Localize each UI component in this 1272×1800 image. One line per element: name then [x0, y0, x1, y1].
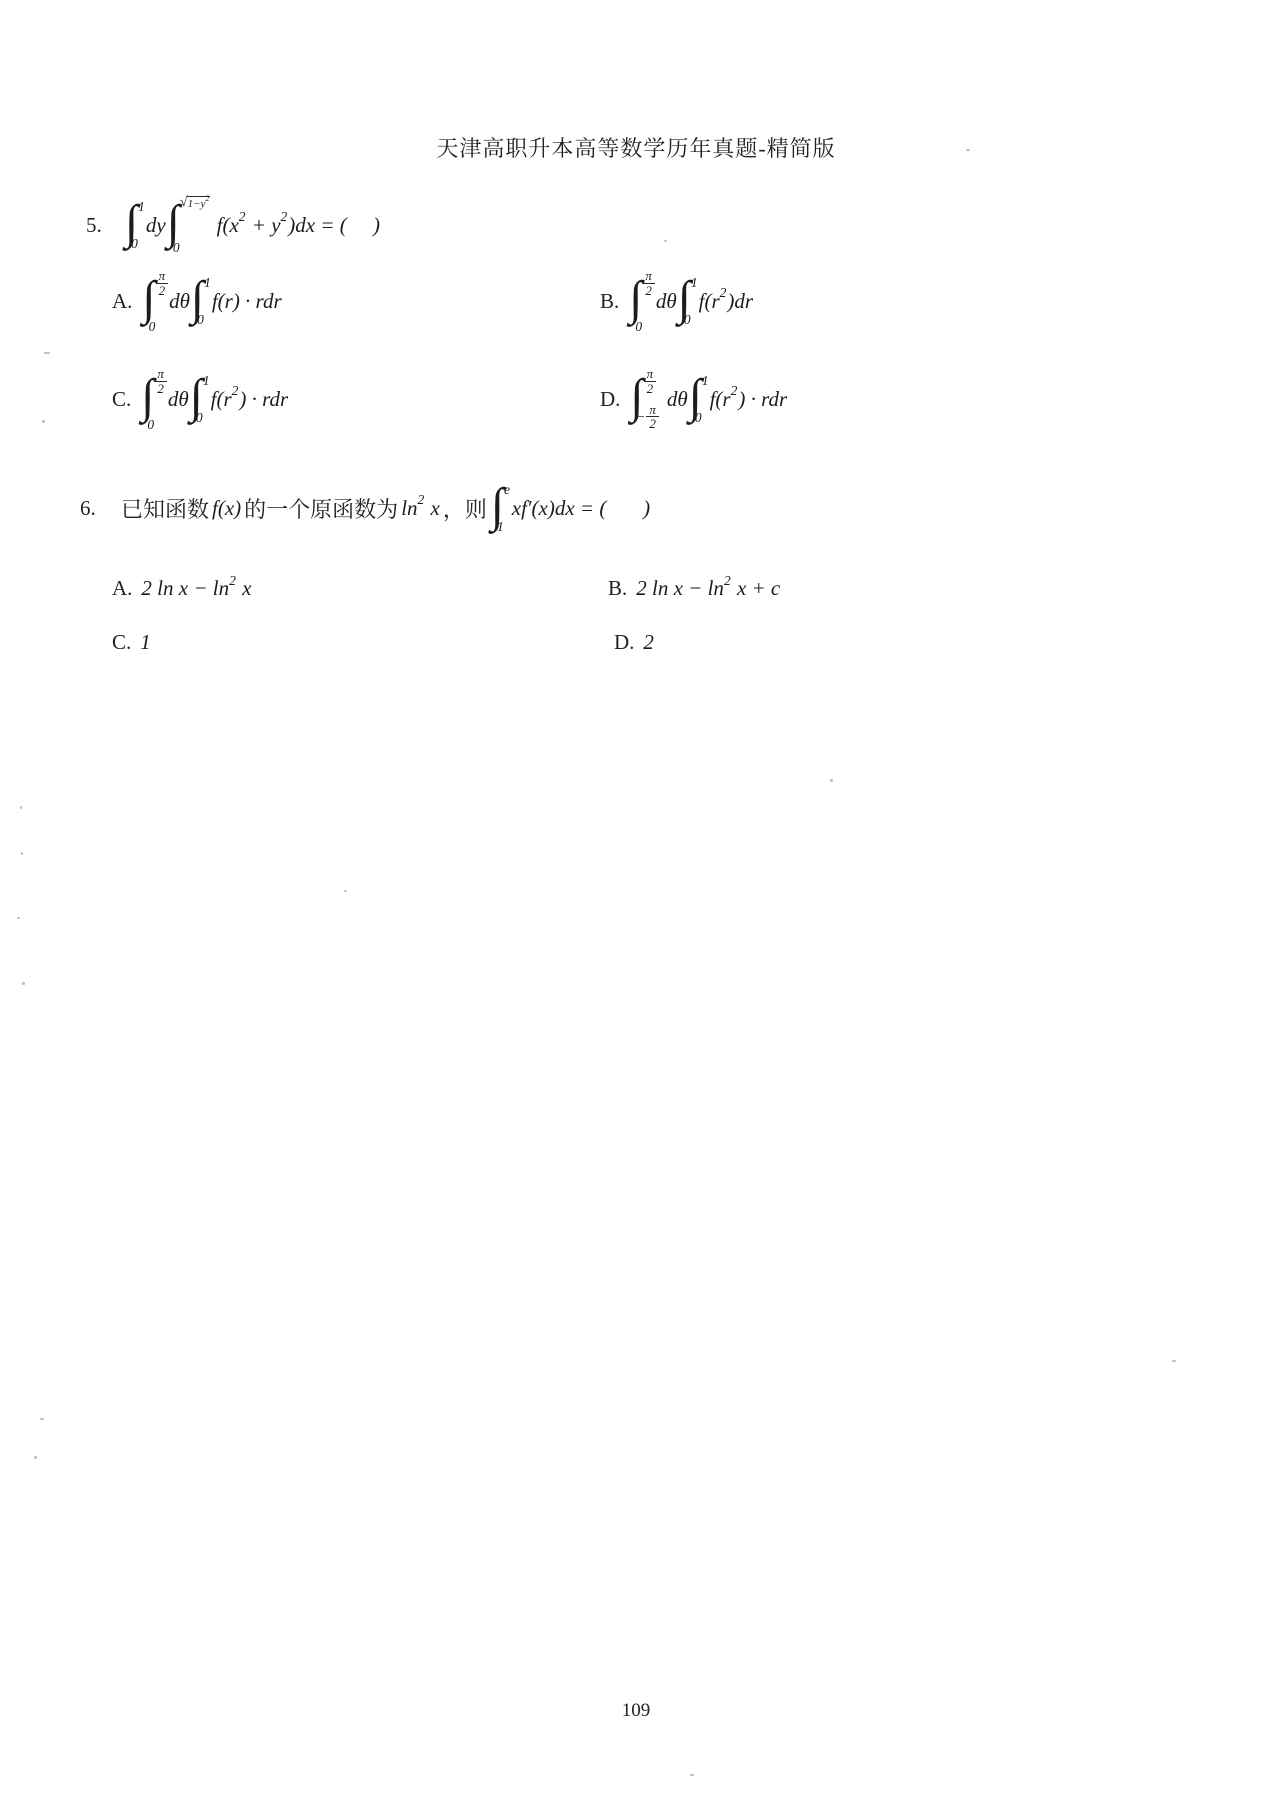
- page-header: 天津高职升本高等数学历年真题-精简版: [0, 132, 1272, 163]
- q6-option-b: B. 2 ln x − ln2 x + c: [608, 576, 780, 601]
- lower-limit: 0: [695, 411, 702, 425]
- integral: ∫ 1 0: [190, 373, 208, 425]
- sqrt-upper-limit: √1−y2: [180, 196, 211, 211]
- upper-limit: π2: [156, 269, 169, 297]
- integral: ∫ π2 0: [142, 268, 166, 334]
- math-token: dy: [146, 213, 166, 238]
- stem-text: 已知函数: [121, 493, 209, 524]
- math-token: ) · rdr: [239, 387, 288, 412]
- stem-text: 的一个原函数为: [244, 493, 398, 524]
- q5-option-d: D. ∫ π2 −π2 dθ ∫ 1 0 f(r2) · rdr: [600, 366, 787, 432]
- option-formula: 2: [643, 630, 655, 655]
- scan-artifact: [664, 240, 667, 242]
- math-token: ) · rdr: [738, 387, 787, 412]
- math-token: f(r) · rdr: [212, 289, 282, 314]
- integral: ∫ 1 0: [191, 275, 209, 327]
- math-token: 1: [140, 630, 151, 655]
- q6-option-d: D. 2: [614, 630, 655, 655]
- numerator: π: [157, 367, 164, 381]
- question-5-formula: ∫ 1 0 dy ∫ √1−y2 0 f(x2 + y2)dx = ( ): [124, 195, 380, 255]
- exponent: 2: [731, 383, 738, 399]
- exponent: 2: [281, 209, 288, 225]
- math-token: )dr: [727, 289, 753, 314]
- math-token: ln: [401, 496, 417, 521]
- integral: ∫ 1 0: [678, 275, 696, 327]
- scan-artifact: [21, 852, 23, 855]
- pi-over-2: π2: [642, 269, 655, 297]
- upper-limit: 1: [702, 374, 709, 388]
- lower-limit: 0: [635, 320, 648, 334]
- math-token: 1−y: [188, 197, 206, 211]
- scan-artifact: [344, 890, 347, 892]
- pi-over-2: π2: [154, 367, 167, 395]
- exponent: 2: [205, 194, 209, 208]
- math-token: f(x): [212, 496, 241, 521]
- option-label: B.: [600, 289, 619, 314]
- integral: ∫ 1 0: [125, 199, 143, 251]
- option-label: A.: [112, 576, 132, 601]
- math-token: 2 ln x − ln: [141, 576, 229, 601]
- math-token: dθ: [667, 387, 688, 412]
- option-formula: 2 ln x − ln2 x: [141, 576, 251, 601]
- denominator: 2: [156, 283, 169, 298]
- question-6-number: 6.: [80, 496, 118, 521]
- radicand: 1−y2: [187, 196, 211, 211]
- q5-option-a: A. ∫ π2 0 dθ ∫ 1 0 f(r) · rdr: [112, 268, 283, 334]
- math-token: xf′(x)dx = ( ): [512, 496, 650, 521]
- option-formula: ∫ π2 0 dθ ∫ 1 0 f(r2) · rdr: [140, 366, 288, 432]
- option-label: C.: [112, 387, 131, 412]
- minus-sign: −: [637, 410, 646, 423]
- scan-artifact: [966, 149, 970, 151]
- math-token: )dx = ( ): [288, 213, 380, 238]
- lower-limit: 0: [196, 411, 203, 425]
- q5-option-c: C. ∫ π2 0 dθ ∫ 1 0 f(r2) · rdr: [112, 366, 288, 432]
- exponent: 2: [239, 209, 246, 225]
- upper-limit: π2: [642, 269, 655, 297]
- integral-sign-icon: ∫: [629, 276, 642, 322]
- scan-artifact: [34, 1456, 37, 1459]
- denominator: 2: [646, 416, 659, 431]
- stem-text: ，则: [443, 493, 487, 524]
- scan-artifact: [42, 420, 45, 423]
- question-5-number: 5.: [86, 213, 124, 238]
- exponent: 2: [720, 285, 727, 301]
- question-6-formula: ∫ e 1 xf′(x)dx = ( ): [490, 482, 650, 534]
- upper-limit: 1: [204, 276, 211, 290]
- lower-limit: 0: [197, 313, 204, 327]
- integral-limits: π2 −π2: [642, 366, 664, 432]
- integral: ∫ π2 −π2: [630, 366, 663, 432]
- option-formula: ∫ π2 0 dθ ∫ 1 0 f(r2)dr: [628, 268, 753, 334]
- denominator: 2: [154, 381, 167, 396]
- math-token: x + c: [732, 576, 781, 601]
- scan-artifact: [44, 352, 50, 354]
- integral: ∫ π2 0: [629, 268, 653, 334]
- option-formula: ∫ π2 −π2 dθ ∫ 1 0 f(r2) · rdr: [629, 366, 787, 432]
- scan-artifact: [830, 779, 833, 782]
- exponent: 2: [418, 492, 425, 508]
- numerator: π: [159, 269, 166, 283]
- scan-artifact: [17, 917, 20, 919]
- lower-limit: 0: [147, 418, 160, 432]
- lower-limit: 0: [131, 237, 138, 251]
- numerator: π: [645, 269, 652, 283]
- q5-option-b: B. ∫ π2 0 dθ ∫ 1 0 f(r2)dr: [600, 268, 753, 334]
- math-token: f(r: [699, 289, 720, 314]
- lower-limit: 0: [173, 241, 204, 255]
- option-formula: 2 ln x − ln2 x + c: [636, 576, 780, 601]
- scan-artifact: [690, 1774, 694, 1776]
- option-label: B.: [608, 576, 627, 601]
- integral: ∫ π2 0: [141, 366, 165, 432]
- pi-over-2: π2: [156, 269, 169, 297]
- numerator: π: [647, 367, 654, 381]
- option-label: C.: [112, 630, 131, 655]
- integral: ∫ √1−y2 0: [167, 195, 209, 255]
- scan-artifact: [20, 806, 22, 809]
- integral: ∫ e 1: [491, 482, 509, 534]
- denominator: 2: [642, 283, 655, 298]
- negative-pi-over-2: −π2: [637, 403, 659, 431]
- page-number: 109: [0, 1700, 1272, 1722]
- math-token: x: [237, 576, 252, 601]
- exponent: 2: [232, 383, 239, 399]
- exponent: 2: [724, 573, 731, 589]
- lower-limit: 1: [497, 520, 504, 534]
- upper-limit: e: [504, 483, 511, 497]
- upper-limit: 1: [203, 374, 210, 388]
- integral-sign-icon: ∫: [142, 276, 155, 322]
- math-token: f(r: [710, 387, 731, 412]
- lower-limit: −π2: [637, 403, 659, 431]
- scan-artifact: [1172, 1360, 1176, 1362]
- option-formula: ∫ π2 0 dθ ∫ 1 0 f(r) · rdr: [141, 268, 282, 334]
- numerator: π: [649, 403, 656, 417]
- upper-limit: π2: [154, 367, 167, 395]
- math-token: 2 ln x − ln: [636, 576, 724, 601]
- denominator: 2: [644, 381, 657, 396]
- math-token: f(r: [211, 387, 232, 412]
- math-token: dθ: [656, 289, 677, 314]
- exponent: 2: [229, 573, 236, 589]
- question-5-stem: 5. ∫ 1 0 dy ∫ √1−y2 0 f(x2 + y2)dx = (: [86, 195, 380, 255]
- lower-limit: 0: [149, 320, 162, 334]
- option-label: D.: [600, 387, 620, 412]
- math-token: 2: [643, 630, 654, 655]
- ln-squared-x: ln2 x: [401, 496, 440, 521]
- upper-limit: 1: [138, 200, 145, 214]
- integral: ∫ 1 0: [689, 373, 707, 425]
- pi-over-2: π2: [644, 367, 657, 395]
- q6-option-c: C. 1: [112, 630, 152, 655]
- scan-artifact: [22, 982, 25, 985]
- q6-option-a: A. 2 ln x − ln2 x: [112, 576, 251, 601]
- upper-limit: π2: [644, 367, 666, 395]
- math-token: dθ: [168, 387, 189, 412]
- math-token: x: [425, 496, 440, 521]
- math-token: f(x: [211, 213, 238, 238]
- lower-limit: 0: [684, 313, 691, 327]
- integral-sign-icon: ∫: [141, 374, 154, 420]
- question-6-stem: 6. 已知函数 f(x) 的一个原函数为 ln2 x ，则 ∫ e 1 xf′(…: [80, 482, 650, 534]
- upper-limit: 1: [691, 276, 698, 290]
- option-label: D.: [614, 630, 634, 655]
- math-token: dθ: [169, 289, 190, 314]
- option-label: A.: [112, 289, 132, 314]
- option-formula: 1: [140, 630, 152, 655]
- math-token: + y: [247, 213, 281, 238]
- integral-limits: √1−y2 0: [178, 195, 209, 255]
- scan-artifact: [40, 1418, 44, 1420]
